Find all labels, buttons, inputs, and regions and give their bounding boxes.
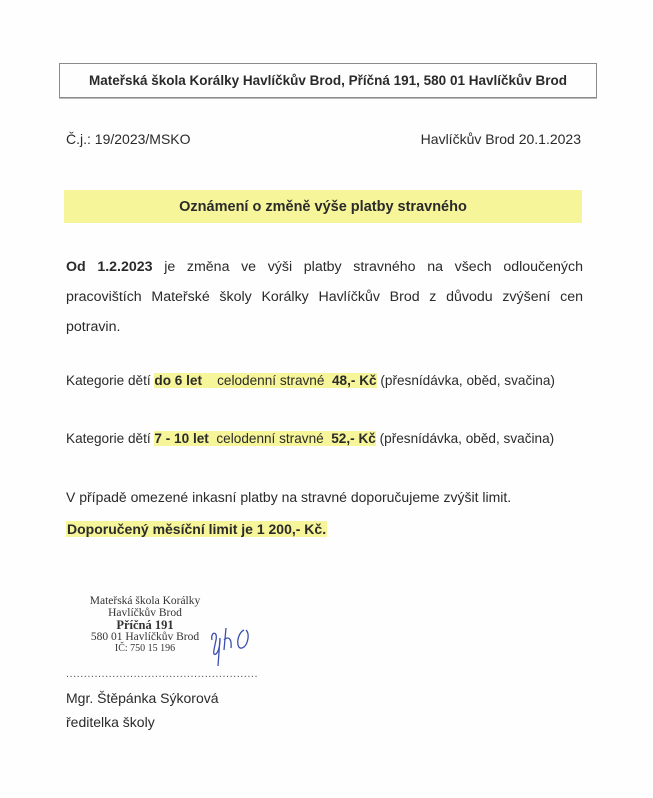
category-prefix: Kategorie dětí: [66, 431, 154, 446]
signer-role: ředitelka školy: [66, 714, 155, 730]
document-page: Mateřská škola Korálky Havlíčkův Brod, P…: [0, 0, 653, 798]
category-label: celodenní stravné: [202, 373, 332, 388]
stamp-line: Mateřská škola Korálky: [80, 595, 210, 607]
category-price: 48,- Kč: [332, 373, 377, 388]
signer-name: Mgr. Štěpánka Sýkorová: [66, 690, 219, 706]
category-meals: (přesnídávka, oběd, svačina): [377, 373, 555, 388]
category-row: Kategorie dětí 7 - 10 let celodenní stra…: [66, 431, 554, 446]
document-title-text: Oznámení o změně výše platby stravného: [179, 199, 467, 215]
school-stamp: Mateřská škola Korálky Havlíčkův Brod Př…: [80, 595, 210, 655]
category-highlight: 7 - 10 let celodenní stravné 52,- Kč: [154, 431, 375, 446]
place-and-date: Havlíčkův Brod 20.1.2023: [421, 131, 581, 147]
document-title: Oznámení o změně výše platby stravného: [64, 190, 582, 223]
category-row: Kategorie dětí do 6 let celodenní stravn…: [66, 373, 555, 388]
limit-note: V případě omezené inkasní platby na stra…: [66, 489, 511, 505]
category-age: do 6 let: [154, 373, 202, 388]
category-age: 7 - 10 let: [154, 431, 208, 446]
signature-line: ........................................…: [66, 668, 258, 680]
stamp-line: IČ: 750 15 196: [80, 643, 210, 655]
stamp-line: 580 01 Havlíčkův Brod: [80, 631, 210, 643]
stamp-line: Příčná 191: [80, 619, 210, 631]
category-meals: (přesnídávka, oběd, svačina): [376, 431, 554, 446]
recommended-limit: Doporučený měsíční limit je 1 200,- Kč.: [66, 521, 327, 537]
category-price: 52,- Kč: [331, 431, 376, 446]
reference-number: Č.j.: 19/2023/MSKO: [66, 131, 191, 147]
intro-paragraph: Od 1.2.2023 je změna ve výši platby stra…: [66, 252, 583, 342]
letterhead-text: Mateřská škola Korálky Havlíčkův Brod, P…: [89, 73, 567, 88]
letterhead-box: Mateřská škola Korálky Havlíčkův Brod, P…: [59, 63, 597, 98]
effective-date: Od 1.2.2023: [66, 259, 153, 275]
category-highlight: do 6 let celodenní stravné 48,- Kč: [154, 373, 376, 388]
handwritten-signature-icon: [206, 620, 266, 670]
category-prefix: Kategorie dětí: [66, 373, 154, 388]
category-label: celodenní stravné: [209, 431, 331, 446]
